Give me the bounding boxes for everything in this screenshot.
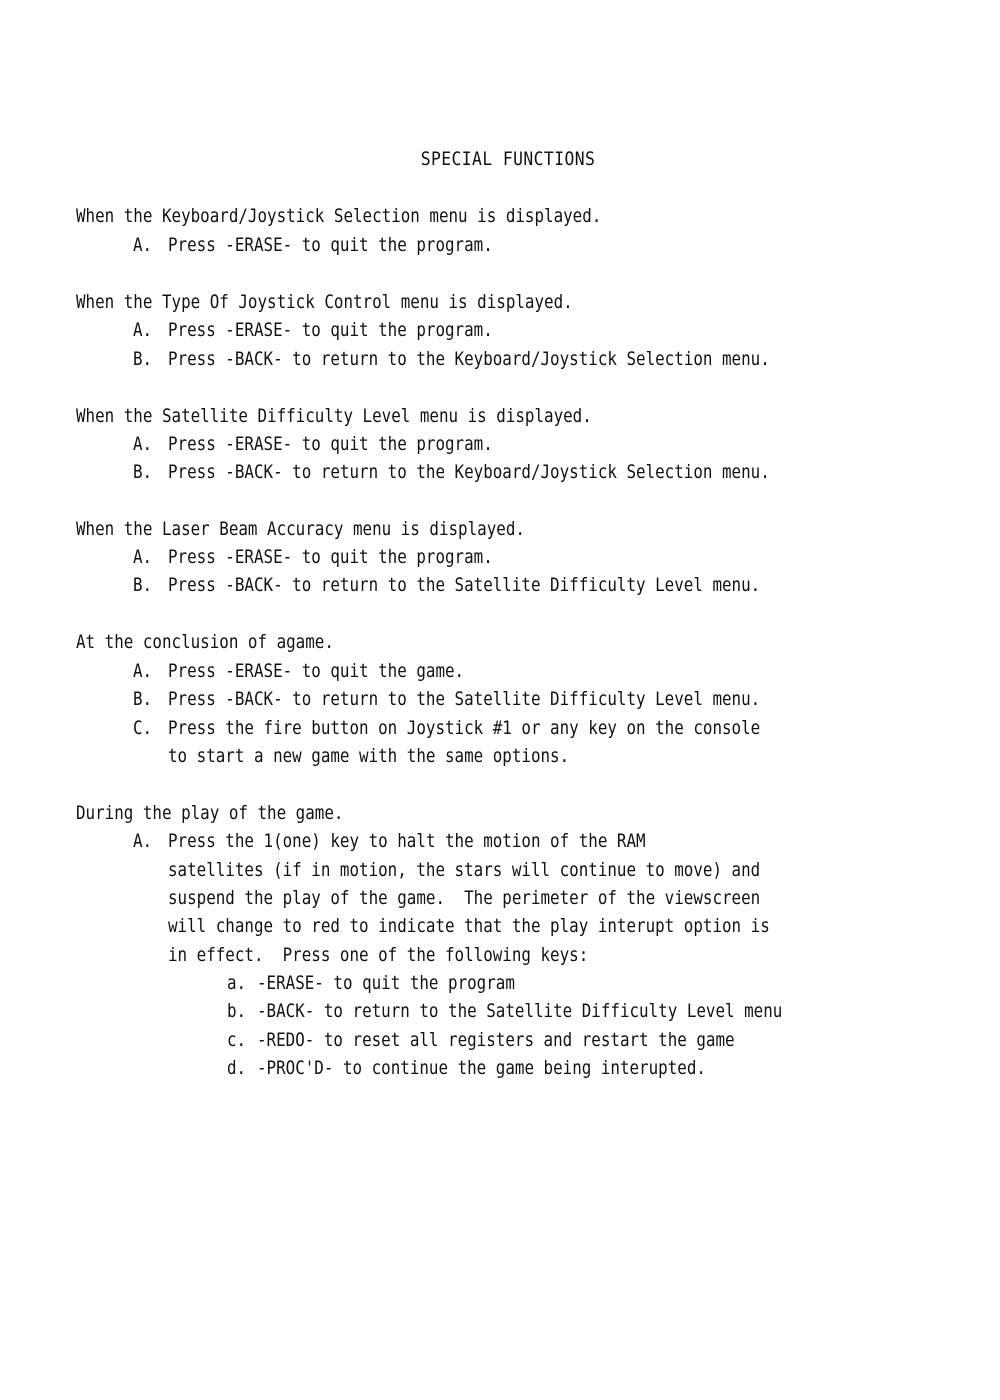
subitem-text: -ERASE- to quit the program — [257, 971, 515, 995]
item-marker: C. — [133, 716, 152, 740]
document-page: SPECIAL FUNCTIONS When the Keyboard/Joys… — [0, 0, 1000, 1400]
item-text: Press -BACK- to return to the Satellite … — [168, 573, 760, 597]
item-text: Press -BACK- to return to the Keyboard/J… — [168, 460, 770, 484]
item-text-continuation: will change to red to indicate that the … — [168, 914, 770, 938]
section-heading: When the Satellite Difficulty Level menu… — [76, 404, 592, 428]
subitem-marker: c. — [227, 1028, 246, 1052]
item-marker: B. — [133, 573, 152, 597]
item-text: Press -ERASE- to quit the program. — [168, 318, 493, 342]
subitem-text: -REDO- to reset all registers and restar… — [257, 1028, 735, 1052]
subitem-marker: d. — [227, 1056, 246, 1080]
subitem-marker: a. — [227, 971, 246, 995]
page-title: SPECIAL FUNCTIONS — [71, 148, 945, 170]
item-text: Press -BACK- to return to the Keyboard/J… — [168, 347, 770, 371]
item-text: Press -ERASE- to quit the program. — [168, 233, 493, 257]
item-text: Press -ERASE- to quit the program. — [168, 432, 493, 456]
item-text: Press -ERASE- to quit the program. — [168, 545, 493, 569]
item-text: Press the fire button on Joystick #1 or … — [168, 716, 760, 740]
item-marker: A. — [133, 829, 152, 853]
item-text-continuation: to start a new game with the same option… — [168, 744, 569, 768]
item-marker: A. — [133, 432, 152, 456]
subitem-text: -BACK- to return to the Satellite Diffic… — [257, 999, 782, 1023]
section-heading: When the Laser Beam Accuracy menu is dis… — [76, 517, 525, 541]
item-marker: A. — [133, 545, 152, 569]
item-text: Press -BACK- to return to the Satellite … — [168, 687, 760, 711]
section-heading: When the Keyboard/Joystick Selection men… — [76, 204, 601, 228]
item-text-continuation: satellites (if in motion, the stars will… — [168, 858, 760, 882]
section-heading: At the conclusion of agame. — [76, 630, 334, 654]
item-marker: B. — [133, 347, 152, 371]
item-text: Press -ERASE- to quit the game. — [168, 659, 464, 683]
item-text-continuation: suspend the play of the game. The perime… — [168, 886, 760, 910]
item-marker: B. — [133, 687, 152, 711]
subitem-text: -PROC'D- to continue the game being inte… — [257, 1056, 706, 1080]
section-heading: When the Type Of Joystick Control menu i… — [76, 290, 573, 314]
subitem-marker: b. — [227, 999, 246, 1023]
item-marker: A. — [133, 659, 152, 683]
item-marker: A. — [133, 233, 152, 257]
item-text-continuation: in effect. Press one of the following ke… — [168, 943, 588, 967]
item-marker: A. — [133, 318, 152, 342]
item-marker: B. — [133, 460, 152, 484]
section-heading: During the play of the game. — [76, 801, 343, 825]
item-text: Press the 1(one) key to halt the motion … — [168, 829, 646, 853]
